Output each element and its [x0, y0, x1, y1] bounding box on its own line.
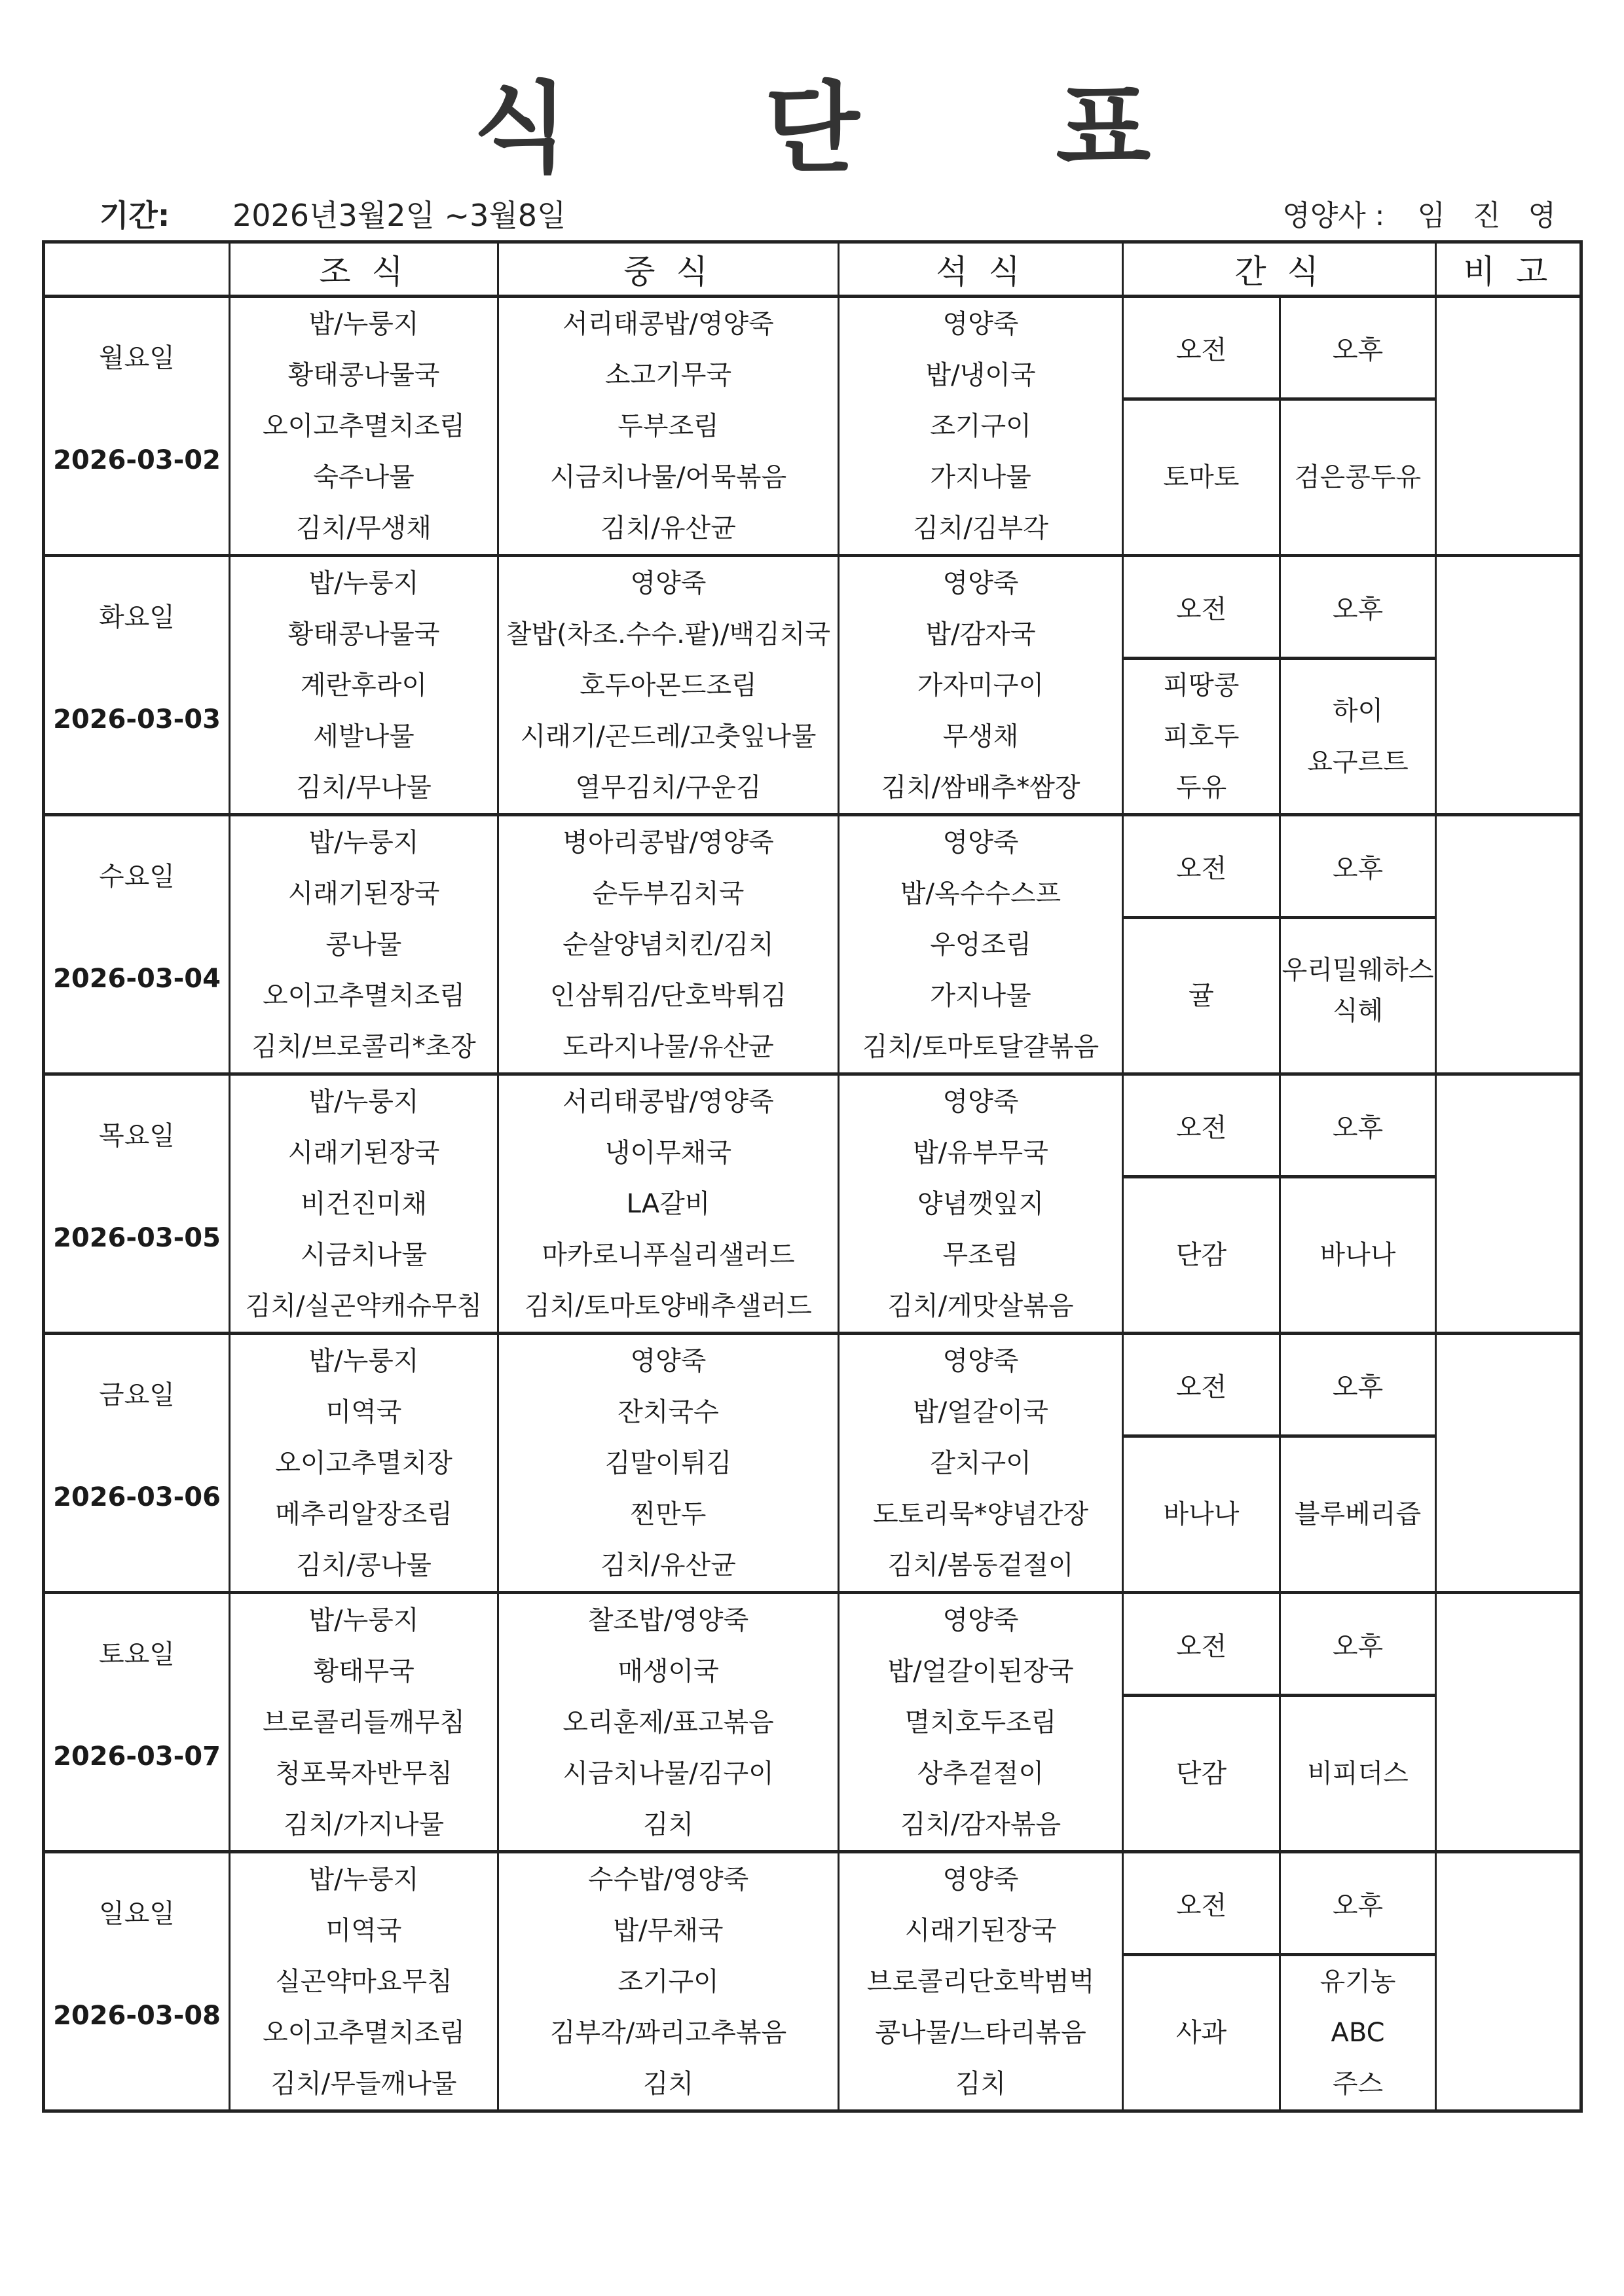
dinner-item: 상추겉절이 — [840, 1748, 1122, 1799]
breakfast-item: 김치/무생채 — [231, 503, 497, 554]
breakfast-item: 밥/누룽지 — [231, 817, 497, 868]
dinner-item: 양념깻잎지 — [840, 1178, 1122, 1230]
lunch-item: 영양죽 — [499, 558, 838, 609]
header-lunch: 중 식 — [498, 242, 839, 297]
day-row: 금요일 2026-03-06 밥/누룽지미역국오이고추멸치장메추리알장조림김치/… — [44, 1334, 1581, 1436]
snack-pm-cell: 하이요구르트 — [1280, 659, 1436, 815]
day-row: 수요일 2026-03-04 밥/누룽지시래기된장국콩나물오이고추멸치조림김치/… — [44, 815, 1581, 918]
lunch-cell: 영양죽잔치국수김말이튀김찐만두김치/유산균 — [498, 1334, 839, 1593]
dinner-item: 밥/얼갈이된장국 — [840, 1646, 1122, 1697]
menu-table: 조 식 중 식 석 식 간 식 비 고 월요일 2026-03-02 밥/누룽지… — [42, 240, 1583, 2113]
breakfast-item: 밥/누룽지 — [231, 558, 497, 609]
title-char: 식 — [473, 49, 568, 191]
snack-pm-cell: 검은콩두유 — [1280, 399, 1436, 556]
dinner-item: 우엉조림 — [840, 919, 1122, 970]
breakfast-item: 밥/누룽지 — [231, 1595, 497, 1646]
day-cell: 목요일 2026-03-05 — [44, 1074, 230, 1334]
snack-pm-cell: 우리밀웨하스식혜 — [1280, 918, 1436, 1074]
dinner-item: 밥/옥수수스프 — [840, 868, 1122, 919]
breakfast-item: 숙주나물 — [231, 452, 497, 503]
breakfast-cell: 밥/누룽지시래기된장국콩나물오이고추멸치조림김치/브로콜리*초장 — [230, 815, 498, 1074]
snack-item: 두유 — [1124, 762, 1279, 813]
day-name: 월요일 — [45, 337, 229, 374]
breakfast-item: 김치/콩나물 — [231, 1540, 497, 1591]
snack-pm-label: 오후 — [1280, 815, 1436, 918]
lunch-item: 순두부김치국 — [499, 868, 838, 919]
dinner-item: 영양죽 — [840, 1595, 1122, 1646]
lunch-cell: 서리태콩밥/영양죽소고기무국두부조림시금치나물/어묵볶음김치/유산균 — [498, 297, 839, 556]
breakfast-item: 시금치나물 — [231, 1230, 497, 1281]
breakfast-cell: 밥/누룽지황태무국브로콜리들깨무침청포묵자반무침김치/가지나물 — [230, 1593, 498, 1852]
breakfast-item: 황태콩나물국 — [231, 609, 497, 660]
breakfast-item: 밥/누룽지 — [231, 1076, 497, 1127]
day-row: 일요일 2026-03-08 밥/누룽지미역국실곤약마요무침오이고추멸치조림김치… — [44, 1852, 1581, 1955]
title-char: 표 — [1056, 49, 1151, 191]
dinner-item: 무조림 — [840, 1230, 1122, 1281]
breakfast-item: 김치/브로콜리*초장 — [231, 1021, 497, 1072]
day-row: 토요일 2026-03-07 밥/누룽지황태무국브로콜리들깨무침청포묵자반무침김… — [44, 1593, 1581, 1696]
snack-item: 유기농 — [1281, 1956, 1435, 2007]
breakfast-item: 계란후라이 — [231, 660, 497, 711]
breakfast-cell: 밥/누룽지미역국실곤약마요무침오이고추멸치조림김치/무들깨나물 — [230, 1852, 498, 2111]
lunch-item: 김말이튀김 — [499, 1438, 838, 1489]
breakfast-cell: 밥/누룽지미역국오이고추멸치장메추리알장조림김치/콩나물 — [230, 1334, 498, 1593]
dinner-item: 콩나물/느타리볶음 — [840, 2007, 1122, 2058]
day-cell: 일요일 2026-03-08 — [44, 1852, 230, 2111]
header-row: 조 식 중 식 석 식 간 식 비 고 — [44, 242, 1581, 297]
dinner-item: 멸치호두조림 — [840, 1697, 1122, 1748]
snack-pm-label: 오후 — [1280, 297, 1436, 399]
dinner-item: 김치/토마토달걀볶음 — [840, 1021, 1122, 1072]
dinner-cell: 영양죽밥/감자국가자미구이무생채김치/쌈배추*쌈장 — [839, 556, 1123, 815]
breakfast-item: 김치/무들깨나물 — [231, 2058, 497, 2109]
breakfast-item: 밥/누룽지 — [231, 299, 497, 350]
lunch-item: 찰조밥/영양죽 — [499, 1595, 838, 1646]
snack-item: 피땅콩 — [1124, 660, 1279, 711]
dinner-item: 무생채 — [840, 711, 1122, 762]
day-row: 화요일 2026-03-03 밥/누룽지황태콩나물국계란후라이세발나물김치/무나… — [44, 556, 1581, 659]
lunch-cell: 수수밥/영양죽밥/무채국조기구이김부각/꽈리고추볶음김치 — [498, 1852, 839, 2111]
lunch-item: 냉이무채국 — [499, 1127, 838, 1178]
note-cell — [1436, 1593, 1581, 1852]
lunch-item: 찐만두 — [499, 1489, 838, 1540]
dinner-item: 영양죽 — [840, 1854, 1122, 1905]
dinner-item: 가지나물 — [840, 970, 1122, 1021]
breakfast-item: 시래기된장국 — [231, 868, 497, 919]
snack-item: 우리밀웨하스 — [1281, 955, 1435, 985]
day-cell: 화요일 2026-03-03 — [44, 556, 230, 815]
snack-item: 식혜 — [1281, 985, 1435, 1036]
lunch-item: 김치 — [499, 2058, 838, 2109]
breakfast-item: 청포묵자반무침 — [231, 1748, 497, 1799]
breakfast-item: 오이고추멸치조림 — [231, 2007, 497, 2058]
period-value: 2026년3월2일 ~3월8일 — [232, 192, 566, 235]
dinner-item: 김치/감자볶음 — [840, 1799, 1122, 1850]
lunch-item: 매생이국 — [499, 1646, 838, 1697]
dinner-item: 영양죽 — [840, 558, 1122, 609]
breakfast-item: 김치/가지나물 — [231, 1799, 497, 1850]
snack-am-cell: 바나나 — [1123, 1436, 1280, 1593]
page-title: 식단표 — [0, 49, 1624, 191]
snack-am-cell: 단감 — [1123, 1177, 1280, 1334]
snack-am-label: 오전 — [1123, 1852, 1280, 1955]
snack-am-label: 오전 — [1123, 1593, 1280, 1696]
snack-item: 바나나 — [1281, 1230, 1435, 1281]
dinner-item: 도토리묵*양념간장 — [840, 1489, 1122, 1540]
snack-pm-cell: 바나나 — [1280, 1177, 1436, 1334]
lunch-item: 두부조림 — [499, 401, 838, 452]
breakfast-cell: 밥/누룽지시래기된장국비건진미채시금치나물김치/실곤약캐슈무침 — [230, 1074, 498, 1334]
snack-am-label: 오전 — [1123, 1074, 1280, 1177]
snack-item: 사과 — [1124, 2007, 1279, 2058]
lunch-item: 도라지나물/유산균 — [499, 1021, 838, 1072]
breakfast-cell: 밥/누룽지황태콩나물국계란후라이세발나물김치/무나물 — [230, 556, 498, 815]
dinner-item: 김치/김부각 — [840, 503, 1122, 554]
snack-item: 주스 — [1281, 2058, 1435, 2109]
header-dinner: 석 식 — [839, 242, 1123, 297]
dinner-item: 밥/냉이국 — [840, 350, 1122, 401]
snack-am-cell: 사과 — [1123, 1955, 1280, 2111]
snack-item: 검은콩두유 — [1281, 452, 1435, 503]
breakfast-item: 브로콜리들깨무침 — [231, 1697, 497, 1748]
day-cell: 수요일 2026-03-04 — [44, 815, 230, 1074]
snack-am-label: 오전 — [1123, 1334, 1280, 1436]
dinner-cell: 영양죽밥/얼갈이국갈치구이도토리묵*양념간장김치/봄동겉절이 — [839, 1334, 1123, 1593]
snack-item: 피호두 — [1124, 711, 1279, 762]
breakfast-item: 오이고추멸치장 — [231, 1438, 497, 1489]
dinner-item: 가자미구이 — [840, 660, 1122, 711]
dinner-item: 김치/게맛살볶음 — [840, 1281, 1122, 1332]
breakfast-item: 미역국 — [231, 1905, 497, 1956]
snack-pm-cell: 유기농ABC주스 — [1280, 1955, 1436, 2111]
lunch-item: 김부각/꽈리고추볶음 — [499, 2007, 838, 2058]
dinner-item: 밥/유부무국 — [840, 1127, 1122, 1178]
lunch-item: 김치/토마토양배추샐러드 — [499, 1281, 838, 1332]
lunch-item: 순살양념치킨/김치 — [499, 919, 838, 970]
lunch-item: 수수밥/영양죽 — [499, 1854, 838, 1905]
day-date: 2026-03-07 — [45, 1741, 229, 1772]
dinner-cell: 영양죽밥/냉이국조기구이가지나물김치/김부각 — [839, 297, 1123, 556]
breakfast-item: 미역국 — [231, 1387, 497, 1438]
lunch-item: 잔치국수 — [499, 1387, 838, 1438]
period-label: 기간: — [100, 192, 170, 235]
day-date: 2026-03-08 — [45, 2001, 229, 2031]
dietitian: 영양사 :임 진 영 — [1282, 192, 1565, 234]
snack-am-cell: 단감 — [1123, 1696, 1280, 1852]
day-name: 목요일 — [45, 1115, 229, 1152]
dinner-item: 밥/얼갈이국 — [840, 1387, 1122, 1438]
lunch-item: 서리태콩밥/영양죽 — [499, 299, 838, 350]
note-cell — [1436, 815, 1581, 1074]
dinner-item: 영양죽 — [840, 1336, 1122, 1387]
day-date: 2026-03-03 — [45, 704, 229, 735]
dinner-item: 김치/봄동겉절이 — [840, 1540, 1122, 1591]
lunch-item: 영양죽 — [499, 1336, 838, 1387]
note-cell — [1436, 556, 1581, 815]
lunch-cell: 병아리콩밥/영양죽순두부김치국순살양념치킨/김치인삼튀김/단호박튀김도라지나물/… — [498, 815, 839, 1074]
snack-item: 단감 — [1124, 1230, 1279, 1281]
snack-item: 토마토 — [1124, 452, 1279, 503]
lunch-item: 시금치나물/어묵볶음 — [499, 452, 838, 503]
breakfast-item: 메추리알장조림 — [231, 1489, 497, 1540]
lunch-item: LA갈비 — [499, 1178, 838, 1230]
dinner-item: 가지나물 — [840, 452, 1122, 503]
snack-item: 단감 — [1124, 1748, 1279, 1799]
lunch-item: 병아리콩밥/영양죽 — [499, 817, 838, 868]
dinner-item: 갈치구이 — [840, 1438, 1122, 1489]
breakfast-item: 황태콩나물국 — [231, 350, 497, 401]
breakfast-item: 김치/무나물 — [231, 762, 497, 813]
breakfast-item: 김치/실곤약캐슈무침 — [231, 1281, 497, 1332]
day-cell: 토요일 2026-03-07 — [44, 1593, 230, 1852]
dinner-item: 브로콜리단호박범벅 — [840, 1956, 1122, 2007]
snack-am-cell: 토마토 — [1123, 399, 1280, 556]
lunch-cell: 영양죽찰밥(차조.수수.팥)/백김치국호두아몬드조림시래기/곤드레/고춧잎나물열… — [498, 556, 839, 815]
dinner-item: 밥/감자국 — [840, 609, 1122, 660]
header-breakfast: 조 식 — [230, 242, 498, 297]
lunch-item: 소고기무국 — [499, 350, 838, 401]
snack-item: 블루베리즙 — [1281, 1489, 1435, 1540]
dietitian-name: 임 진 영 — [1418, 199, 1565, 232]
breakfast-cell: 밥/누룽지황태콩나물국오이고추멸치조림숙주나물김치/무생채 — [230, 297, 498, 556]
snack-pm-label: 오후 — [1280, 1852, 1436, 1955]
lunch-item: 시래기/곤드레/고춧잎나물 — [499, 711, 838, 762]
header-day — [44, 242, 230, 297]
day-name: 토요일 — [45, 1633, 229, 1671]
dinner-item: 영양죽 — [840, 817, 1122, 868]
day-date: 2026-03-02 — [45, 445, 229, 475]
snack-item: 바나나 — [1124, 1489, 1279, 1540]
snack-pm-label: 오후 — [1280, 1334, 1436, 1436]
dinner-item: 조기구이 — [840, 401, 1122, 452]
snack-pm-label: 오후 — [1280, 556, 1436, 659]
day-row: 월요일 2026-03-02 밥/누룽지황태콩나물국오이고추멸치조림숙주나물김치… — [44, 297, 1581, 399]
lunch-cell: 찰조밥/영양죽매생이국오리훈제/표고볶음시금치나물/김구이김치 — [498, 1593, 839, 1852]
dietitian-label: 영양사 : — [1282, 199, 1384, 232]
day-date: 2026-03-04 — [45, 964, 229, 994]
snack-pm-label: 오후 — [1280, 1593, 1436, 1696]
title-char: 단 — [765, 49, 860, 191]
snack-pm-cell: 블루베리즙 — [1280, 1436, 1436, 1593]
snack-item: 비피더스 — [1281, 1748, 1435, 1799]
snack-am-label: 오전 — [1123, 815, 1280, 918]
snack-item: 귤 — [1124, 970, 1279, 1021]
dinner-item: 김치 — [840, 2058, 1122, 2109]
breakfast-item: 오이고추멸치조림 — [231, 970, 497, 1021]
dinner-cell: 영양죽시래기된장국브로콜리단호박범벅콩나물/느타리볶음김치 — [839, 1852, 1123, 2111]
lunch-item: 마카로니푸실리샐러드 — [499, 1230, 838, 1281]
snack-item: 요구르트 — [1281, 737, 1435, 788]
lunch-item: 서리태콩밥/영양죽 — [499, 1076, 838, 1127]
lunch-item: 인삼튀김/단호박튀김 — [499, 970, 838, 1021]
day-date: 2026-03-06 — [45, 1482, 229, 1512]
dinner-cell: 영양죽밥/유부무국양념깻잎지무조림김치/게맛살볶음 — [839, 1074, 1123, 1334]
lunch-item: 김치/유산균 — [499, 503, 838, 554]
dinner-item: 시래기된장국 — [840, 1905, 1122, 1956]
breakfast-item: 밥/누룽지 — [231, 1854, 497, 1905]
day-name: 화요일 — [45, 596, 229, 634]
day-cell: 금요일 2026-03-06 — [44, 1334, 230, 1593]
breakfast-item: 콩나물 — [231, 919, 497, 970]
dinner-item: 김치/쌈배추*쌈장 — [840, 762, 1122, 813]
snack-am-cell: 피땅콩피호두두유 — [1123, 659, 1280, 815]
snack-am-label: 오전 — [1123, 297, 1280, 399]
header-note: 비 고 — [1436, 242, 1581, 297]
snack-item: ABC — [1281, 2007, 1435, 2058]
header-snack: 간 식 — [1123, 242, 1436, 297]
lunch-item: 김치 — [499, 1799, 838, 1850]
breakfast-item: 시래기된장국 — [231, 1127, 497, 1178]
snack-pm-cell: 비피더스 — [1280, 1696, 1436, 1852]
day-name: 일요일 — [45, 1893, 229, 1930]
lunch-item: 오리훈제/표고볶음 — [499, 1697, 838, 1748]
note-cell — [1436, 1852, 1581, 2111]
day-name: 수요일 — [45, 856, 229, 893]
lunch-item: 김치/유산균 — [499, 1540, 838, 1591]
lunch-cell: 서리태콩밥/영양죽냉이무채국LA갈비마카로니푸실리샐러드김치/토마토양배추샐러드 — [498, 1074, 839, 1334]
dinner-item: 영양죽 — [840, 1076, 1122, 1127]
breakfast-item: 밥/누룽지 — [231, 1336, 497, 1387]
lunch-item: 호두아몬드조림 — [499, 660, 838, 711]
lunch-item: 시금치나물/김구이 — [499, 1748, 838, 1799]
snack-am-cell: 귤 — [1123, 918, 1280, 1074]
day-row: 목요일 2026-03-05 밥/누룽지시래기된장국비건진미채시금치나물김치/실… — [44, 1074, 1581, 1177]
note-cell — [1436, 297, 1581, 556]
snack-am-label: 오전 — [1123, 556, 1280, 659]
breakfast-item: 세발나물 — [231, 711, 497, 762]
dinner-item: 영양죽 — [840, 299, 1122, 350]
lunch-item: 찰밥(차조.수수.팥)/백김치국 — [499, 609, 838, 660]
lunch-item: 밥/무채국 — [499, 1905, 838, 1956]
note-cell — [1436, 1074, 1581, 1334]
breakfast-item: 비건진미채 — [231, 1178, 497, 1230]
breakfast-item: 실곤약마요무침 — [231, 1956, 497, 2007]
note-cell — [1436, 1334, 1581, 1593]
day-cell: 월요일 2026-03-02 — [44, 297, 230, 556]
dinner-cell: 영양죽밥/얼갈이된장국멸치호두조림상추겉절이김치/감자볶음 — [839, 1593, 1123, 1852]
breakfast-item: 황태무국 — [231, 1646, 497, 1697]
lunch-item: 조기구이 — [499, 1956, 838, 2007]
day-name: 금요일 — [45, 1374, 229, 1412]
day-date: 2026-03-05 — [45, 1223, 229, 1253]
lunch-item: 열무김치/구운김 — [499, 762, 838, 813]
snack-item: 하이 — [1281, 685, 1435, 737]
dinner-cell: 영양죽밥/옥수수스프우엉조림가지나물김치/토마토달걀볶음 — [839, 815, 1123, 1074]
breakfast-item: 오이고추멸치조림 — [231, 401, 497, 452]
snack-pm-label: 오후 — [1280, 1074, 1436, 1177]
